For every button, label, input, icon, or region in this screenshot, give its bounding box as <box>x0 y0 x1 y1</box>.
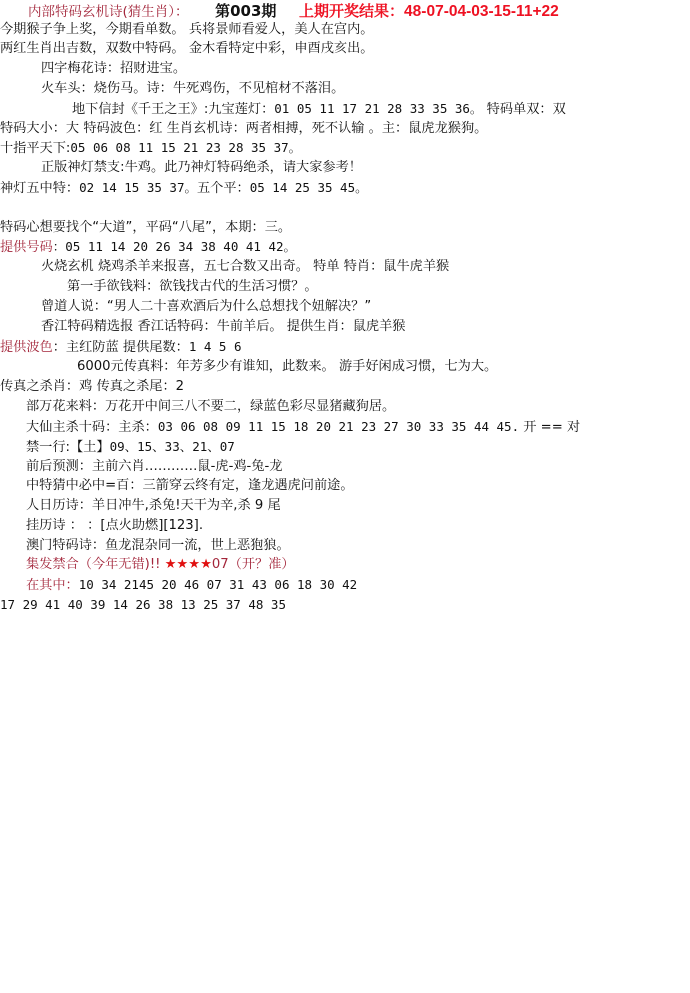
ban-row-numbers: 09、15、33、21、07 <box>110 439 235 454</box>
text-line-13: 第一手欲钱料：欲钱找古代的生活习惯？。 <box>67 278 318 296</box>
combo-tail: 07（开？准） <box>212 557 295 572</box>
provided-numbers: ：05 11 14 20 26 34 38 40 41 42。 <box>53 239 296 254</box>
tail-numbers: 1 4 5 6 <box>189 339 242 354</box>
text-line-6: 特码大小：大 特码波色：红 生肖玄机诗：两者相搏，死不认输 。主：鼠虎龙猴狗。 <box>0 120 487 138</box>
five-flat-numbers: 05 14 25 35 45。 <box>250 180 368 195</box>
text-line-23: 中特猜中必中=百：三箭穿云终有定，逢龙遇虎问前途。 <box>26 477 354 495</box>
issue-number: 第003期 <box>215 2 276 20</box>
ban-row-label: 禁一行:【土】 <box>26 440 110 455</box>
text-line-19: 部万花来料：万花开中间三八不要二，绿蓝色彩尽显猪藏狗居。 <box>26 398 395 416</box>
text-line-17: 6000元传真料：年芳多少有谁知，此数来。 游手好闲成习惯，七为大。 <box>77 358 497 376</box>
text-line-7: 十指平天下:05 06 08 11 15 21 23 28 35 37。 <box>0 139 301 158</box>
text-line-18: 传真之杀肖：鸡 传真之杀尾：2 <box>0 378 184 396</box>
text-line-28: 在其中：10 34 2145 20 46 07 31 43 06 18 30 4… <box>26 576 357 595</box>
text-line-27: 集发禁合（今年无错)!! ★★★★07（开？准） <box>26 556 295 574</box>
lamp-five-label: 神灯五中特： <box>0 181 79 196</box>
envelope-numbers: 01 05 11 17 21 28 33 35 36。 <box>274 101 482 116</box>
last-result-value: 48-07-04-03-15-11+22 <box>404 3 559 20</box>
text-line-26: 澳门特码诗：鱼龙混杂同一流，世上恶狍狼。 <box>26 537 290 555</box>
poem-title: 内部特码玄机诗(猜生肖）： <box>28 4 189 20</box>
text-line-1: 今期猴子争上奖，今期看单数。 兵将景师看爱人，美人在宫内。 <box>0 21 373 39</box>
text-line-16: 提供波色：主红防蓝 提供尾数：1 4 5 6 <box>0 338 242 357</box>
kill-ten-tail: 开 == 对 <box>519 420 580 435</box>
text-line-21: 禁一行:【土】09、15、33、21、07 <box>26 438 235 457</box>
text-line-20: 大仙主杀十码：主杀：03 06 08 09 11 15 18 20 21 23 … <box>26 418 580 437</box>
text-line-4: 火车头：烧伤马。诗：牛死鸡伤，不见棺材不落泪。 <box>41 80 344 98</box>
last-result-label: 上期开奖结果： <box>299 2 404 20</box>
text-line-15: 香江特码精选报 香江话特码：牛前羊后。 提供生肖：鼠虎羊猴 <box>41 318 405 336</box>
lamp-five-numbers: 02 14 15 35 37。 <box>79 180 197 195</box>
text-line-25: 挂历诗 ： ：[点火助燃][123]. <box>26 517 203 535</box>
text-line-10: 特码心想要找个“大道”，平码“八尾”，本期：三。 <box>0 219 291 237</box>
star-icons: ★★★★ <box>165 557 212 572</box>
text-line-2: 两红生肖出吉数，双数中特码。 金木看特定中彩，申酉戌亥出。 <box>0 40 373 58</box>
text-line-24: 人日历诗：羊日冲牛,杀兔!天干为辛,杀 9 尾 <box>26 497 281 515</box>
text-line-11: 提供号码：05 11 14 20 26 34 38 40 41 42。 <box>0 238 296 257</box>
provided-color-label: 提供波色 <box>0 340 53 355</box>
five-flat-label: 五个平： <box>197 181 250 196</box>
text-line-8: 正版神灯禁支:牛鸡。此乃神灯特码绝杀，请大家参考！ <box>41 159 362 177</box>
text-line-5: 地下信封《千王之王》:九宝莲灯：01 05 11 17 21 28 33 35 … <box>72 100 566 119</box>
among-label: 在其中： <box>26 578 79 593</box>
text-line-29: 17 29 41 40 39 14 26 38 13 25 37 48 35 <box>0 596 286 614</box>
odd-even-text: 特码单双：双 <box>482 102 565 117</box>
ten-fingers-label: 十指平天下: <box>0 141 70 156</box>
provided-numbers-label: 提供号码 <box>0 240 53 255</box>
text-line-14: 曾道人说：“男人二十喜欢酒后为什么总想找个妞解决？” <box>41 298 371 316</box>
kill-ten-numbers: 03 06 08 09 11 15 18 20 21 23 27 30 33 3… <box>158 419 519 434</box>
header-row: 内部特码玄机诗(猜生肖）： 第003期 上期开奖结果：48-07-04-03-1… <box>28 2 559 21</box>
text-line-12: 火烧玄机 烧鸡杀羊来报喜，五七合数又出奇。 特单 特肖：鼠牛虎羊猴 <box>41 258 449 276</box>
ten-fingers-numbers: 05 06 08 11 15 21 23 28 35 37。 <box>70 140 301 155</box>
kill-ten-label: 大仙主杀十码：主杀： <box>26 420 158 435</box>
envelope-label: 地下信封《千王之王》:九宝莲灯： <box>72 102 274 117</box>
among-numbers: 10 34 2145 20 46 07 31 43 06 18 30 42 <box>79 577 357 592</box>
text-line-3: 四字梅花诗：招财进宝。 <box>41 60 186 78</box>
combo-label: 集发禁合（今年无错)!! <box>26 557 165 572</box>
text-line-22: 前后预测：主前六肖…………鼠-虎-鸡-兔-龙 <box>26 458 282 476</box>
text-line-9: 神灯五中特：02 14 15 35 37。五个平：05 14 25 35 45。 <box>0 179 368 198</box>
provided-color-text: ：主红防蓝 提供尾数： <box>53 340 189 355</box>
